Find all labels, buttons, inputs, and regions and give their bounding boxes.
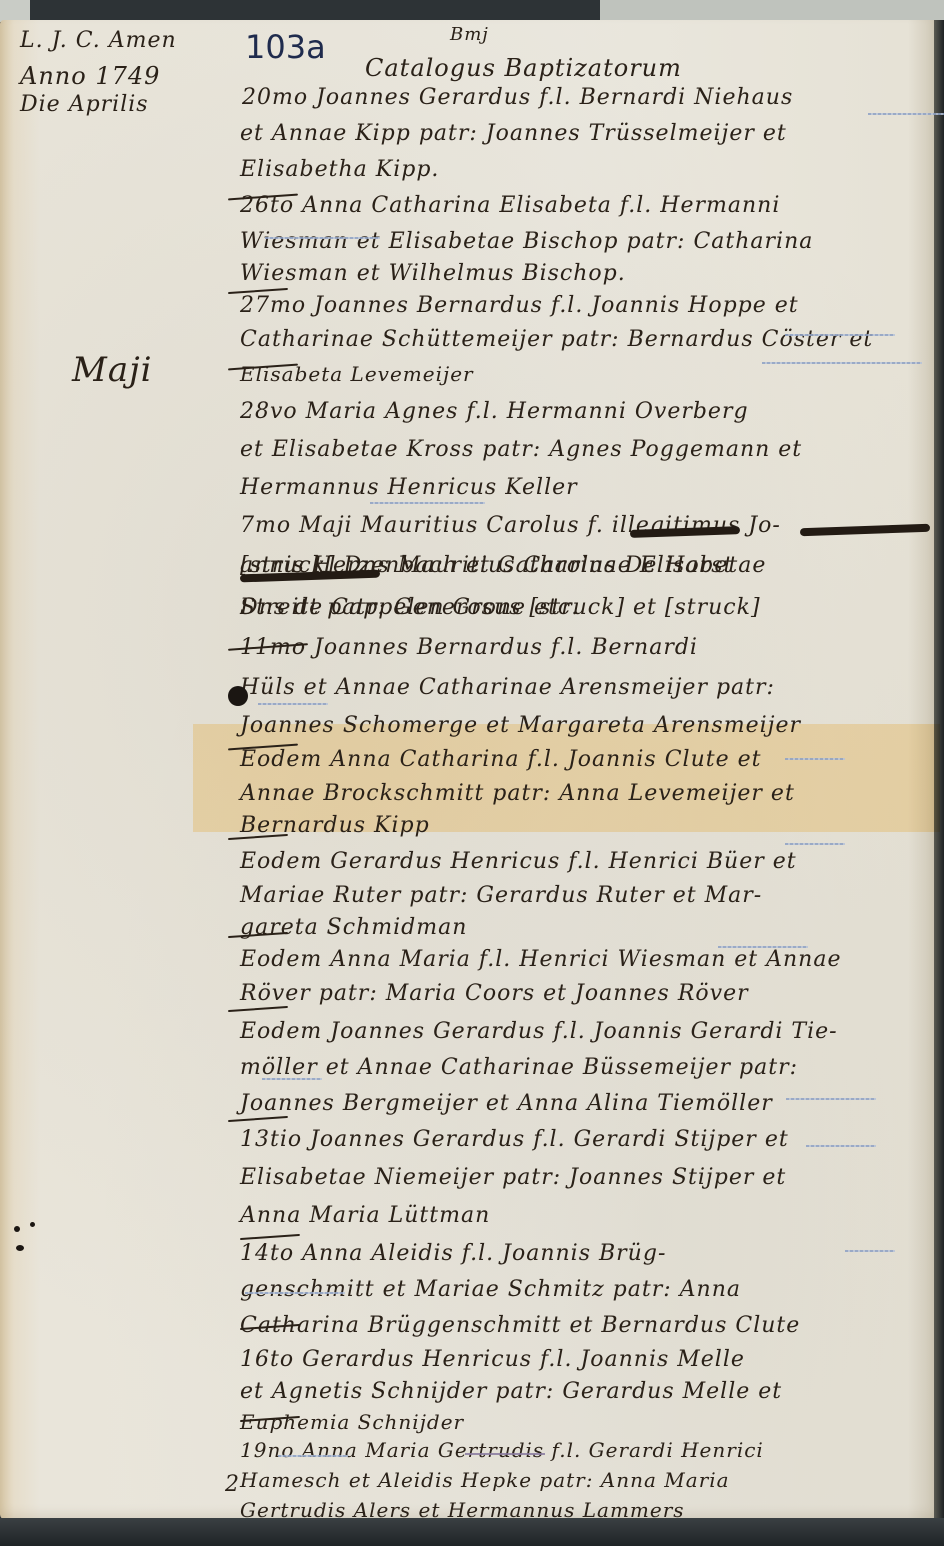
entry-line: 7mo Maji Mauritius Carolus f. illegitimu…: [240, 506, 781, 546]
pencil-underline: [785, 758, 845, 760]
entry-line: Gertrudis Alers et Hermannus Lammers: [240, 1490, 685, 1530]
pencil-underline: [718, 946, 808, 948]
entry-line: 14to Anna Aleidis f.l. Joannis Brüg-: [240, 1234, 666, 1274]
margin-month: Die Aprilis: [20, 92, 149, 117]
entry-line-highlighted: Bernardus Kipp: [240, 806, 430, 846]
margin-year: Anno 1749: [20, 62, 160, 90]
pencil-underline: [786, 1098, 876, 1100]
header-mark: Bmj: [450, 24, 489, 45]
pencil-underline: [370, 502, 485, 504]
entry-line: Anna Maria Lüttman: [240, 1196, 490, 1236]
pencil-underline: [785, 843, 845, 845]
entry-line: genschmitt et Mariae Schmitz patr: Anna: [240, 1270, 741, 1310]
entry-line: [struck] Dns Mauritius Carolus De Horst: [240, 546, 733, 586]
margin-invocation: L. J. C. Amen: [20, 28, 177, 53]
margin-bottom-number: 2: [225, 1472, 240, 1497]
pencil-underline: [845, 1250, 895, 1252]
scanner-backdrop-top: [0, 0, 944, 22]
entry-line: 11mo Joannes Bernardus f.l. Bernardi: [240, 628, 698, 668]
pencil-underline: [465, 1453, 545, 1455]
pencil-underline: [785, 334, 895, 336]
pencil-underline: [262, 1078, 322, 1080]
entry-line: Elisabetae Niemeijer patr: Joannes Stijp…: [240, 1158, 786, 1198]
entry-line: et Elisabetae Kross patr: Agnes Poggeman…: [240, 430, 802, 470]
pencil-underline: [868, 113, 944, 115]
entry-line: Dns de Cappelen Grone etc.: [240, 588, 579, 628]
ink-blot: [14, 1226, 20, 1232]
entry-line: 28vo Maria Agnes f.l. Hermanni Overberg: [240, 392, 749, 432]
entry-line: Eodem Joannes Gerardus f.l. Joannis Gera…: [240, 1012, 838, 1052]
entry-line: Joannes Bergmeijer et Anna Alina Tiemöll…: [240, 1084, 773, 1124]
entry-line: 26to Anna Catharina Elisabeta f.l. Herma…: [240, 186, 780, 226]
folio-number: 103a: [245, 28, 326, 66]
entry-line: Röver patr: Maria Coors et Joannes Röver: [240, 974, 749, 1014]
entry-line: Elisabeta Levemeijer: [240, 354, 474, 394]
entry-line: möller et Annae Catharinae Büssemeijer p…: [240, 1048, 798, 1088]
pencil-underline: [762, 362, 922, 364]
entry-line: Hüls et Annae Catharinae Arensmeijer pat…: [240, 668, 775, 708]
ink-blot: [228, 686, 248, 706]
ink-blot: [16, 1245, 24, 1251]
entry-line: et Annae Kipp patr: Joannes Trüsselmeije…: [240, 114, 787, 154]
pencil-underline: [258, 703, 328, 705]
ink-blot: [30, 1222, 35, 1227]
pencil-underline: [278, 1455, 348, 1457]
pencil-underline: [265, 237, 380, 239]
entry-line: Elisabetha Kipp.: [240, 150, 439, 190]
pencil-underline: [245, 1292, 345, 1294]
pencil-underline: [806, 1145, 876, 1147]
entry-line: 20mo Joannes Gerardus f.l. Bernardi Nieh…: [242, 78, 793, 118]
entry-line: 13tio Joannes Gerardus f.l. Gerardi Stij…: [240, 1120, 789, 1160]
margin-may-label: Maji: [72, 350, 153, 390]
